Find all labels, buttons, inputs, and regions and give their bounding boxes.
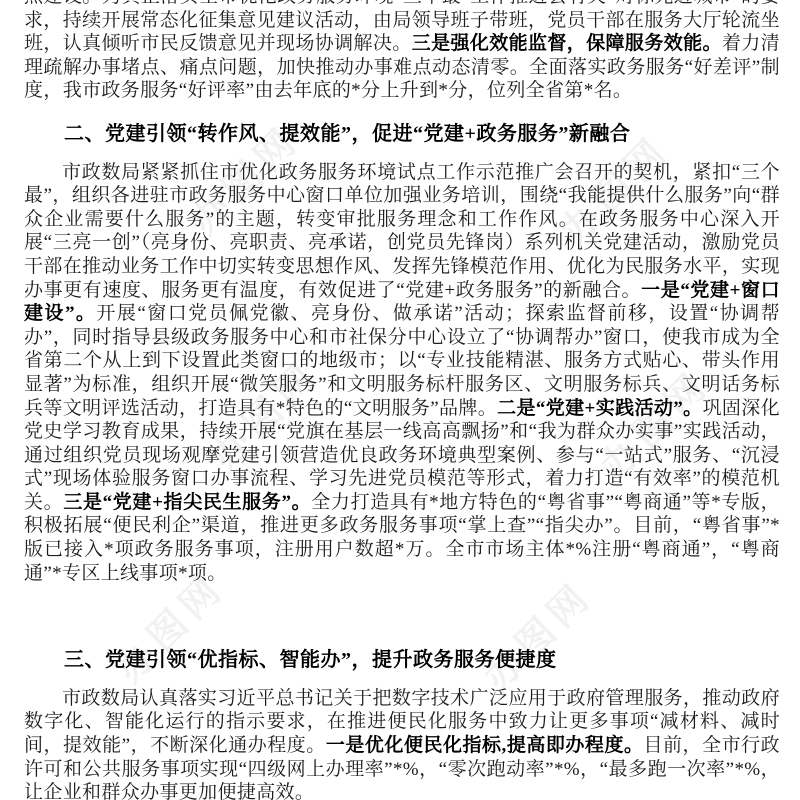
text-run: 三是强化效能监督，保障服务效能。 xyxy=(412,33,722,54)
section-heading-3: 三、党建引领“优指标、智能办”，提升政务服务便捷度 xyxy=(24,649,780,673)
text-run: 一是优化便民化指标,提高即办程度。 xyxy=(326,735,644,756)
document-body: 点建设。为真正落实全市优化政务服务环境“三个最”工作推进会有关“对标先进城市”的… xyxy=(24,0,780,800)
text-run: 二是“党建+实践活动”。 xyxy=(497,398,702,419)
section-heading-2: 二、党建引领“转作风、提效能”，促进“党建+政务服务”新融合 xyxy=(24,123,780,147)
text-run: 三是“党建+指尖民生服务”。 xyxy=(63,492,311,513)
paragraph-continued-from-previous-page: 点建设。为真正落实全市优化政务服务环境“三个最”工作推进会有关“对标先进城市”的… xyxy=(24,0,780,103)
paragraph-section-2: 市政数局紧紧抓住市优化政务服务环境试点工作示范推广会召开的契机，紧扣“三个最”，… xyxy=(24,161,780,586)
document-page: 办图网办图网办图网办图网办图网办图网 点建设。为真正落实全市优化政务服务环境“三… xyxy=(0,0,800,800)
paragraph-section-3: 市政数局认真落实习近平总书记关于把数字技术广泛应用于政府管理服务，推动政府数字化… xyxy=(24,687,780,800)
